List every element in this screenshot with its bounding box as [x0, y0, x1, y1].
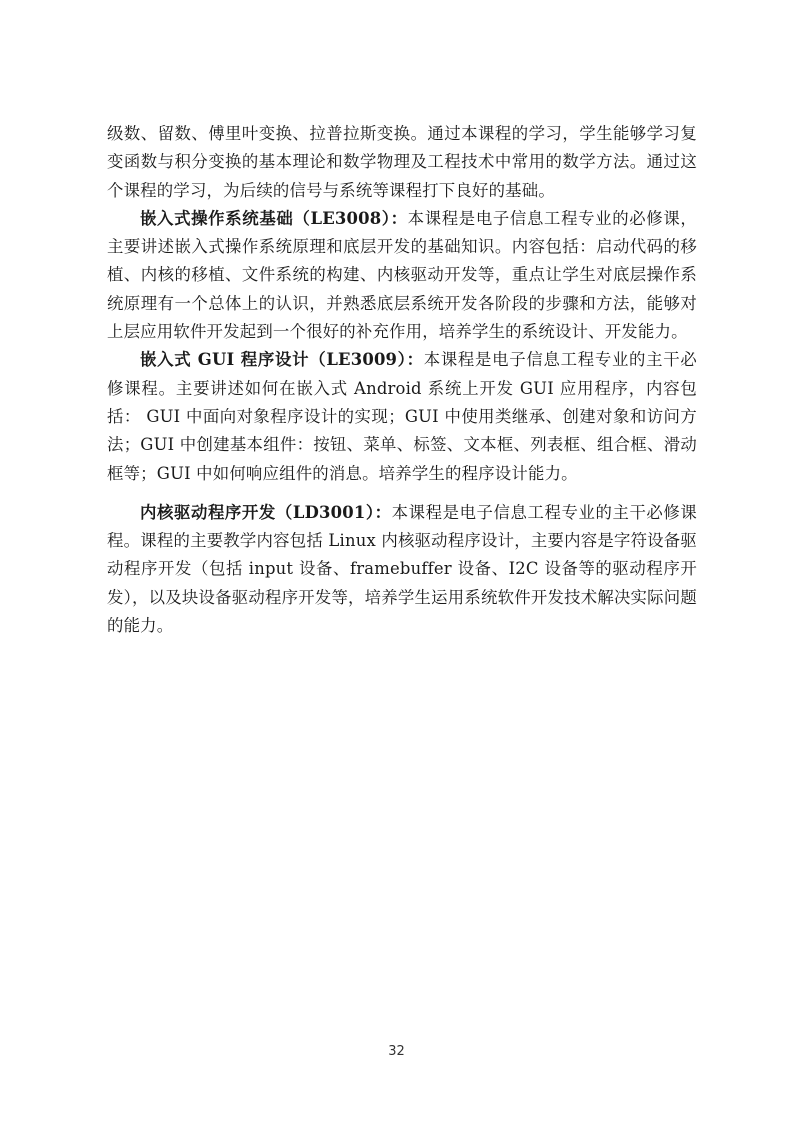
- paragraph-body: 本课程是电子信息工程专业的主干必修课程。课程的主要教学内容包括 Linux 内核…: [107, 503, 697, 635]
- paragraph-embedded-os-basics: 嵌入式操作系统基础（LE3008）：本课程是电子信息工程专业的必修课，主要讲述嵌…: [107, 205, 697, 346]
- page-body: 级数、留数、傅里叶变换、拉普拉斯变换。通过本课程的学习，学生能够学习复变函数与积…: [107, 120, 697, 640]
- paragraph-body: 级数、留数、傅里叶变换、拉普拉斯变换。通过本课程的学习，学生能够学习复变函数与积…: [107, 124, 697, 200]
- paragraph-body: 本课程是电子信息工程专业的必修课，主要讲述嵌入式操作系统原理和底层开发的基础知识…: [107, 209, 697, 341]
- paragraph-kernel-driver: 内核驱动程序开发（LD3001）：本课程是电子信息工程专业的主干必修课程。课程的…: [107, 499, 697, 640]
- paragraph-complex-functions-continued: 级数、留数、傅里叶变换、拉普拉斯变换。通过本课程的学习，学生能够学习复变函数与积…: [107, 120, 697, 205]
- page-number: 32: [0, 1044, 793, 1059]
- paragraph-body: 本课程是电子信息工程专业的主干必修课程。主要讲述如何在嵌入式 Android 系…: [107, 350, 697, 482]
- paragraph-embedded-gui: 嵌入式 GUI 程序设计（LE3009）：本课程是电子信息工程专业的主干必修课程…: [107, 346, 697, 487]
- course-title: 内核驱动程序开发（LD3001）：: [140, 503, 392, 522]
- course-title: 嵌入式 GUI 程序设计（LE3009）：: [140, 350, 424, 369]
- course-title: 嵌入式操作系统基础（LE3008）：: [140, 209, 408, 228]
